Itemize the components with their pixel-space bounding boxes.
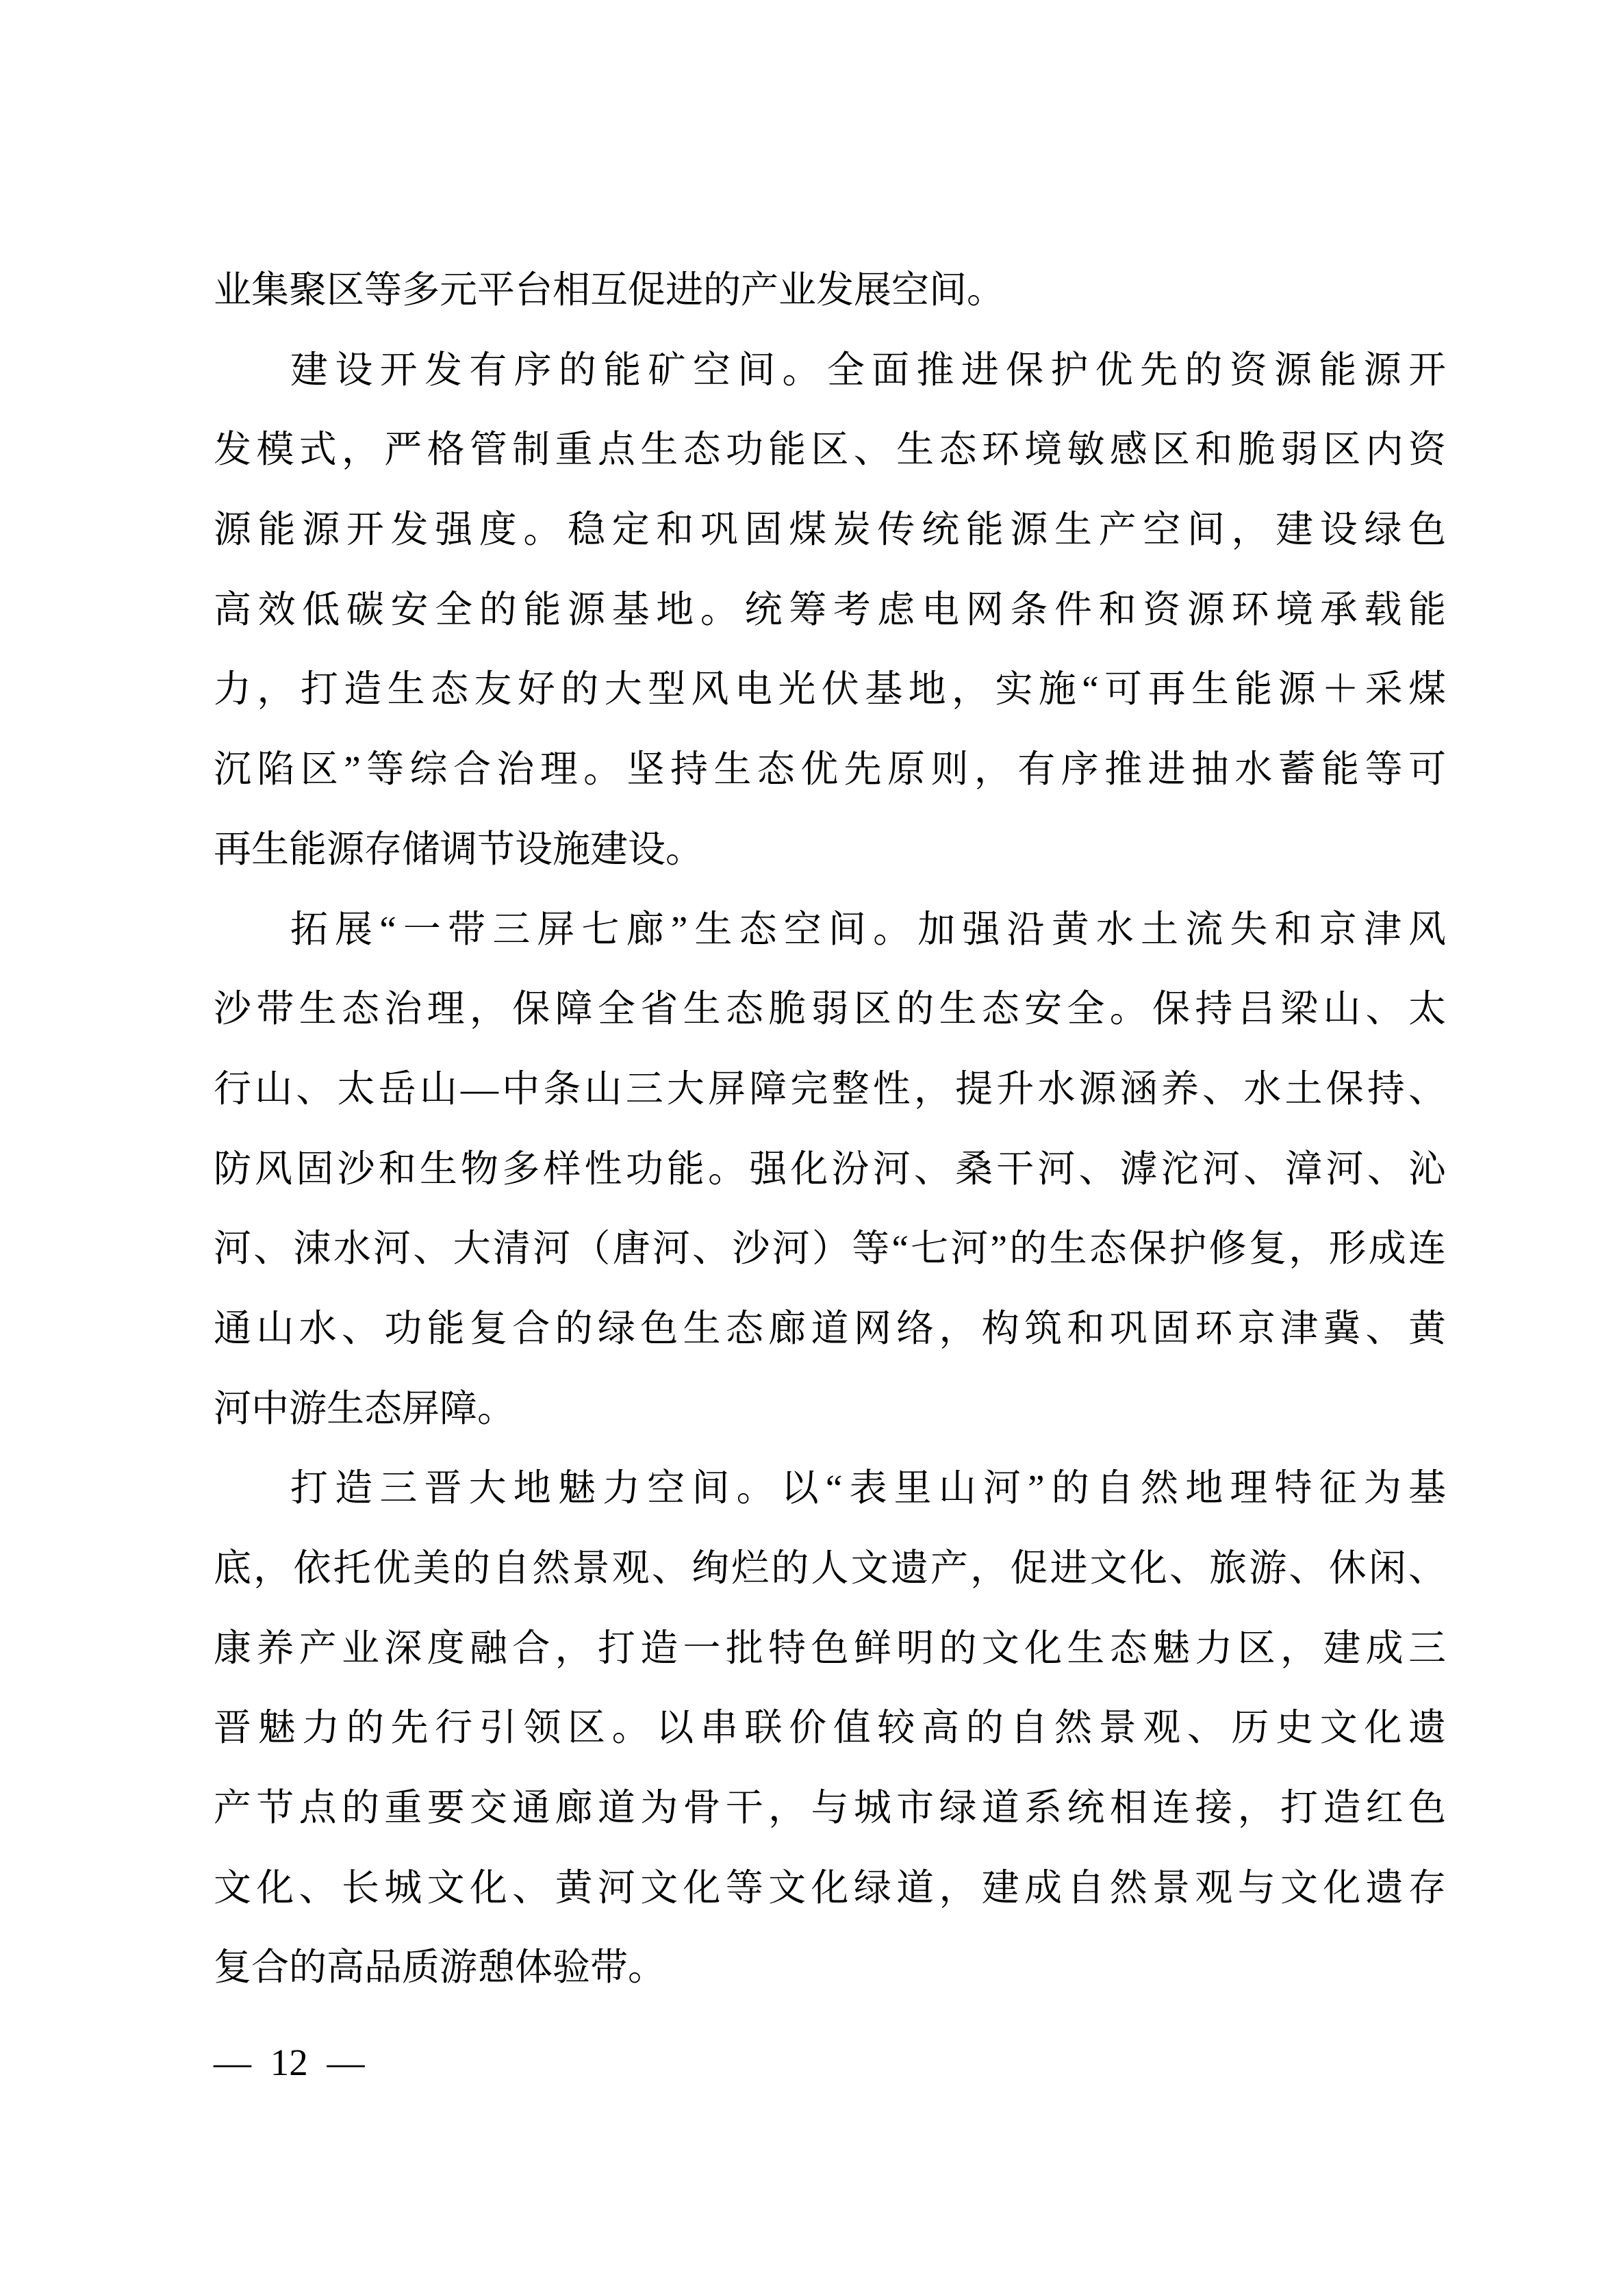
text-line: 发模式，严格管制重点生态功能区、生态环境敏感区和脆弱区内资 (214, 410, 1446, 490)
text-line: 建设开发有序的能矿空间。全面推进保护优先的资源能源开 (214, 331, 1446, 411)
text-line: 防风固沙和生物多样性功能。强化汾河、桑干河、滹沱河、漳河、沁 (214, 1130, 1446, 1210)
text-line: 业集聚区等多元平台相互促进的产业发展空间。 (214, 251, 1446, 331)
text-line: 力，打造生态友好的大型风电光伏基地，实施“可再生能源＋采煤 (214, 650, 1446, 730)
text-line: 打造三晋大地魅力空间。以“表里山河”的自然地理特征为基 (214, 1449, 1446, 1529)
text-line: 通山水、功能复合的绿色生态廊道网络，构筑和巩固环京津冀、黄 (214, 1289, 1446, 1369)
document-page: 业集聚区等多元平台相互促进的产业发展空间。 建设开发有序的能矿空间。全面推进保护… (0, 0, 1624, 2277)
text-line: 再生能源存储调节设施建设。 (214, 810, 1446, 890)
text-line: 行山、太岳山—中条山三大屏障完整性，提升水源涵养、水土保持、 (214, 1050, 1446, 1130)
text-line: 沙带生态治理，保障全省生态脆弱区的生态安全。保持吕梁山、太 (214, 969, 1446, 1050)
text-line: 沉陷区”等综合治理。坚持生态优先原则，有序推进抽水蓄能等可 (214, 730, 1446, 810)
text-line: 文化、长城文化、黄河文化等文化绿道，建成自然景观与文化遗存 (214, 1848, 1446, 1929)
text-line: 拓展“一带三屏七廊”生态空间。加强沿黄水土流失和京津风 (214, 890, 1446, 970)
page-number: — 12 — (214, 2032, 365, 2094)
text-line: 河中游生态屏障。 (214, 1369, 1446, 1449)
text-line: 复合的高品质游憩体验带。 (214, 1928, 1446, 2008)
text-line: 河、涑水河、大清河（唐河、沙河）等“七河”的生态保护修复，形成连 (214, 1209, 1446, 1289)
text-line: 晋魅力的先行引领区。以串联价值较高的自然景观、历史文化遗 (214, 1688, 1446, 1768)
body-text: 业集聚区等多元平台相互促进的产业发展空间。 建设开发有序的能矿空间。全面推进保护… (214, 251, 1446, 2008)
text-line: 康养产业深度融合，打造一批特色鲜明的文化生态魅力区，建成三 (214, 1609, 1446, 1689)
text-line: 底，依托优美的自然景观、绚烂的人文遗产，促进文化、旅游、休闲、 (214, 1529, 1446, 1609)
text-line: 产节点的重要交通廊道为骨干，与城市绿道系统相连接，打造红色 (214, 1768, 1446, 1848)
text-line: 高效低碳安全的能源基地。统筹考虑电网条件和资源环境承载能 (214, 570, 1446, 650)
text-line: 源能源开发强度。稳定和巩固煤炭传统能源生产空间，建设绿色 (214, 490, 1446, 570)
